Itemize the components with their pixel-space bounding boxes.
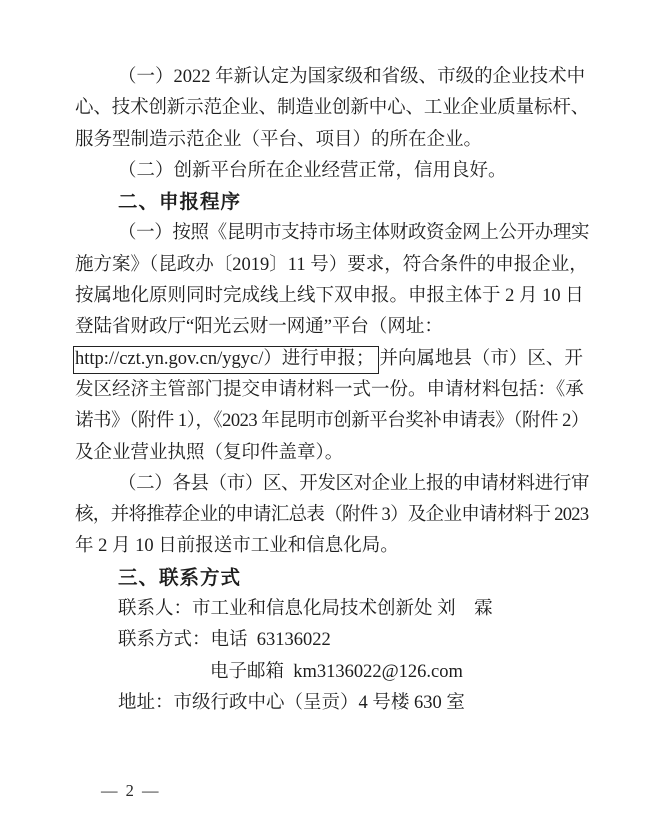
para-eligibility-1-line-3: 服务型制造示范企业（平台、项目）的所在企业。: [75, 125, 589, 156]
document-page: （一）2022 年新认定为国家级和省级、市级的企业技术中心、技术创新示范企业、制…: [0, 0, 659, 833]
para-procedure-2-line-1: （二）各县（市）区、开发区对企业上报的申请材料进行审: [75, 469, 589, 500]
para-procedure-1-line-8: 及企业营业执照（复印件盖章）。: [75, 438, 589, 469]
para-procedure-1-line-1: （一）按照《昆明市支持市场主体财政资金网上公开办理实: [75, 218, 589, 249]
para-procedure-1-line-6: 发区经济主管部门提交申请材料一式一份。申请材料包括：《承: [75, 375, 589, 406]
contact-phone-line: 联系方式：电话 63136022: [75, 625, 589, 656]
para-procedure-1-line-4: 登陆省财政厅“阳光云财一网通”平台（网址：: [75, 312, 589, 343]
para-eligibility-2: （二）创新平台所在企业经营正常，信用良好。: [75, 156, 589, 187]
page-number: — 2 —: [101, 781, 161, 801]
para-procedure-1-line-7: 诺书》（附件 1），《2023 年昆明市创新平台奖补申请表》（附件 2）: [75, 406, 589, 437]
para-eligibility-1-line-2: 心、技术创新示范企业、制造业创新中心、工业企业质量标杆、: [75, 93, 589, 124]
para-procedure-2-line-3: 年 2 月 10 日前报送市工业和信息化局。: [75, 531, 589, 562]
document-body: （一）2022 年新认定为国家级和省级、市级的企业技术中心、技术创新示范企业、制…: [75, 62, 589, 719]
section-heading-2: 二、申报程序: [75, 187, 589, 218]
contact-address-line: 地址：市级行政中心（呈贡）4 号楼 630 室: [75, 688, 589, 719]
contact-email-line: 电子邮箱 km3136022@126.com: [75, 657, 589, 688]
para-procedure-2-line-2: 核，并将推荐企业的申请汇总表（附件 3）及企业申请材料于 2023: [75, 500, 589, 531]
para-procedure-1-line-5: http://czt.yn.gov.cn/ygyc/）进行申报；并向属地县（市）…: [75, 344, 589, 375]
section-heading-3: 三、联系方式: [75, 563, 589, 594]
para-procedure-1-line-2: 施方案》（昆政办〔2019〕11 号）要求，符合条件的申报企业，: [75, 250, 589, 281]
para-procedure-1-line-3: 按属地化原则同时完成线上线下双申报。申报主体于 2 月 10 日: [75, 281, 589, 312]
boxed-url-annotation: http://czt.yn.gov.cn/ygyc/）进行申报；: [73, 346, 379, 374]
contact-person-line: 联系人：市工业和信息化局技术创新处 刘 霖: [75, 594, 589, 625]
para-eligibility-1-line-1: （一）2022 年新认定为国家级和省级、市级的企业技术中: [75, 62, 589, 93]
